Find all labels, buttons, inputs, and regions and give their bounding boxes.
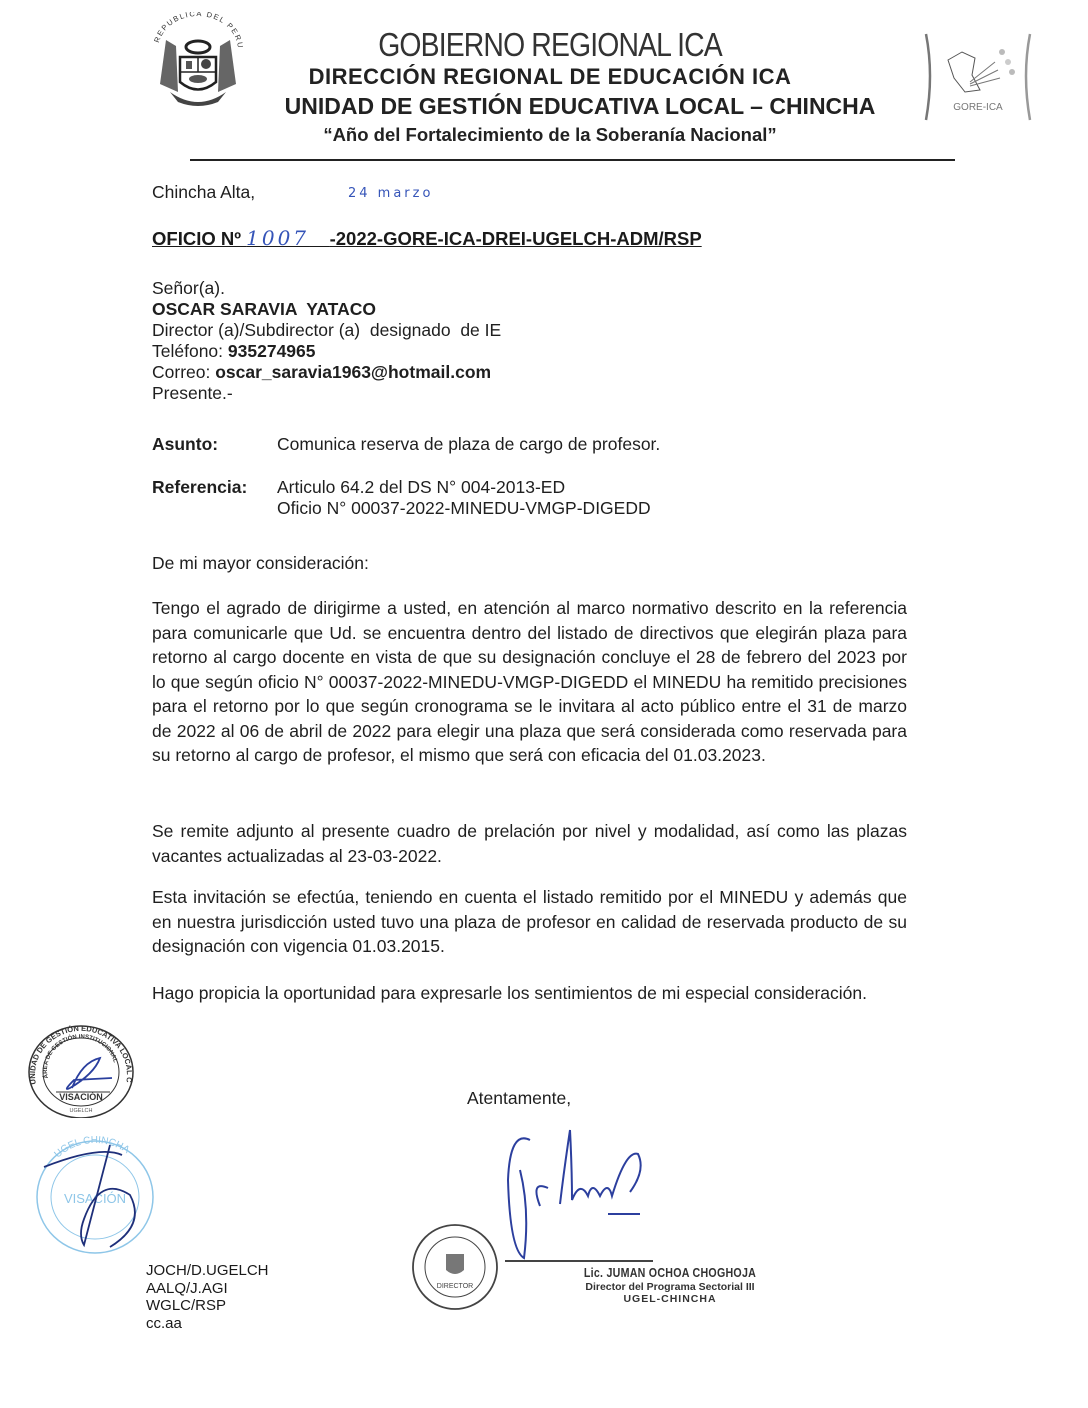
stamp-icon: UNIDAD DE GESTIÓN EDUCATIVA LOCAL CHINCH… — [22, 1022, 140, 1118]
svg-text:UGEL CHINCHA: UGEL CHINCHA — [52, 1135, 131, 1160]
initials-line: JOCH/D.UGELCH — [146, 1262, 269, 1280]
svg-text:GORE-ICA: GORE-ICA — [953, 102, 1003, 113]
signature-line — [505, 1260, 653, 1262]
header-divider — [190, 159, 955, 161]
stamp-icon: UGEL CHINCHA VISACIÓN — [30, 1135, 160, 1255]
recipient-block: Señor(a). OSCAR SARAVIA YATACO Director … — [152, 278, 501, 404]
header-subtitle-ugel: UNIDAD DE GESTIÓN EDUCATIVA LOCAL – CHIN… — [230, 93, 930, 120]
subject-row: Asunto: Comunica reserva de plaza de car… — [152, 434, 660, 455]
body-paragraph-1: Tengo el agrado de dirigirme a usted, en… — [152, 596, 907, 768]
initials-line: WGLC/RSP — [146, 1297, 269, 1315]
body-paragraph-4: Hago propicia la oportunidad para expres… — [152, 983, 907, 1003]
oficio-suffix: -2022-GORE-ICA-DREI-UGELCH-ADM/RSP — [330, 228, 702, 249]
recipient-email: oscar_saravia1963@hotmail.com — [215, 362, 491, 382]
oficio-number-line: OFICIO Nº 1007 -2022-GORE-ICA-DREI-UGELC… — [152, 226, 702, 250]
gore-ica-logo-icon: GORE-ICA — [920, 30, 1038, 125]
closing: Atentamente, — [467, 1088, 571, 1109]
reference-item: Articulo 64.2 del DS N° 004-2013-ED — [277, 477, 651, 498]
svg-text:VISACIÓN: VISACIÓN — [59, 1091, 103, 1102]
recipient-position: Director (a)/Subdirector (a) designado d… — [152, 320, 501, 341]
subject-label: Asunto: — [152, 434, 277, 455]
director-seal: DIRECTOR — [410, 1222, 500, 1312]
oficio-handwritten-number: 1007 — [246, 226, 309, 250]
svg-text:UGELCH: UGELCH — [70, 1108, 93, 1114]
email-label: Correo: — [152, 362, 210, 382]
initials-line: cc.aa — [146, 1315, 269, 1333]
recipient-phone-line: Teléfono: 935274965 — [152, 341, 501, 362]
greeting: De mi mayor consideración: — [152, 553, 369, 574]
signatory-block: Lic. JUMAN OCHOA CHOGHOJA Director del P… — [565, 1265, 775, 1305]
recipient-email-line: Correo: oscar_saravia1963@hotmail.com — [152, 362, 501, 383]
reference-label: Referencia: — [152, 477, 277, 519]
signatory-role: Director del Programa Sectorial III — [565, 1281, 775, 1293]
paragraph-text: Tengo el agrado de dirigirme a usted, en… — [152, 596, 907, 768]
header-title: GOBIERNO REGIONAL ICA — [249, 26, 851, 64]
subject-text: Comunica reserva de plaza de cargo de pr… — [277, 434, 660, 455]
seal-icon: DIRECTOR — [410, 1222, 500, 1312]
recipient-name: OSCAR SARAVIA YATACO — [152, 299, 501, 320]
signature-icon — [490, 1110, 660, 1260]
body-paragraph-2: Se remite adjunto al presente cuadro de … — [152, 819, 907, 868]
handwritten-date: 24 marzo — [348, 186, 433, 201]
gore-ica-logo: GORE-ICA — [920, 30, 1038, 125]
paragraph-text: Hago propicia la oportunidad para expres… — [152, 983, 907, 1003]
visacion-stamp-blue: UGEL CHINCHA VISACIÓN — [30, 1135, 160, 1255]
initials-line: AALQ/J.AGI — [146, 1280, 269, 1298]
header-motto: “Año del Fortalecimiento de la Soberanía… — [200, 124, 900, 146]
paragraph-text: Esta invitación se efectúa, teniendo en … — [152, 885, 907, 959]
oficio-label: OFICIO Nº — [152, 228, 241, 249]
svg-text:DIRECTOR: DIRECTOR — [437, 1283, 473, 1290]
presente: Presente.- — [152, 383, 501, 404]
place-label: Chincha Alta, — [152, 182, 255, 203]
phone-label: Teléfono: — [152, 341, 223, 361]
reference-row: Referencia: Articulo 64.2 del DS N° 004-… — [152, 477, 651, 519]
handwritten-signature — [490, 1110, 660, 1260]
signatory-name: Lic. JUMAN OCHOA CHOGHOJA — [584, 1265, 756, 1280]
salutation: Señor(a). — [152, 278, 501, 299]
recipient-phone: 935274965 — [228, 341, 316, 361]
reference-item: Oficio N° 00037-2022-MINEDU-VMGP-DIGEDD — [277, 498, 651, 519]
visacion-stamp-agi: UNIDAD DE GESTIÓN EDUCATIVA LOCAL CHINCH… — [22, 1022, 140, 1118]
body-paragraph-3: Esta invitación se efectúa, teniendo en … — [152, 885, 907, 959]
paragraph-text: Se remite adjunto al presente cuadro de … — [152, 819, 907, 868]
signatory-org: UGEL-CHINCHA — [565, 1293, 775, 1305]
header-subtitle-regional: DIRECCIÓN REGIONAL DE EDUCACIÓN ICA — [200, 64, 900, 90]
initials-block: JOCH/D.UGELCH AALQ/J.AGI WGLC/RSP cc.aa — [146, 1262, 269, 1332]
